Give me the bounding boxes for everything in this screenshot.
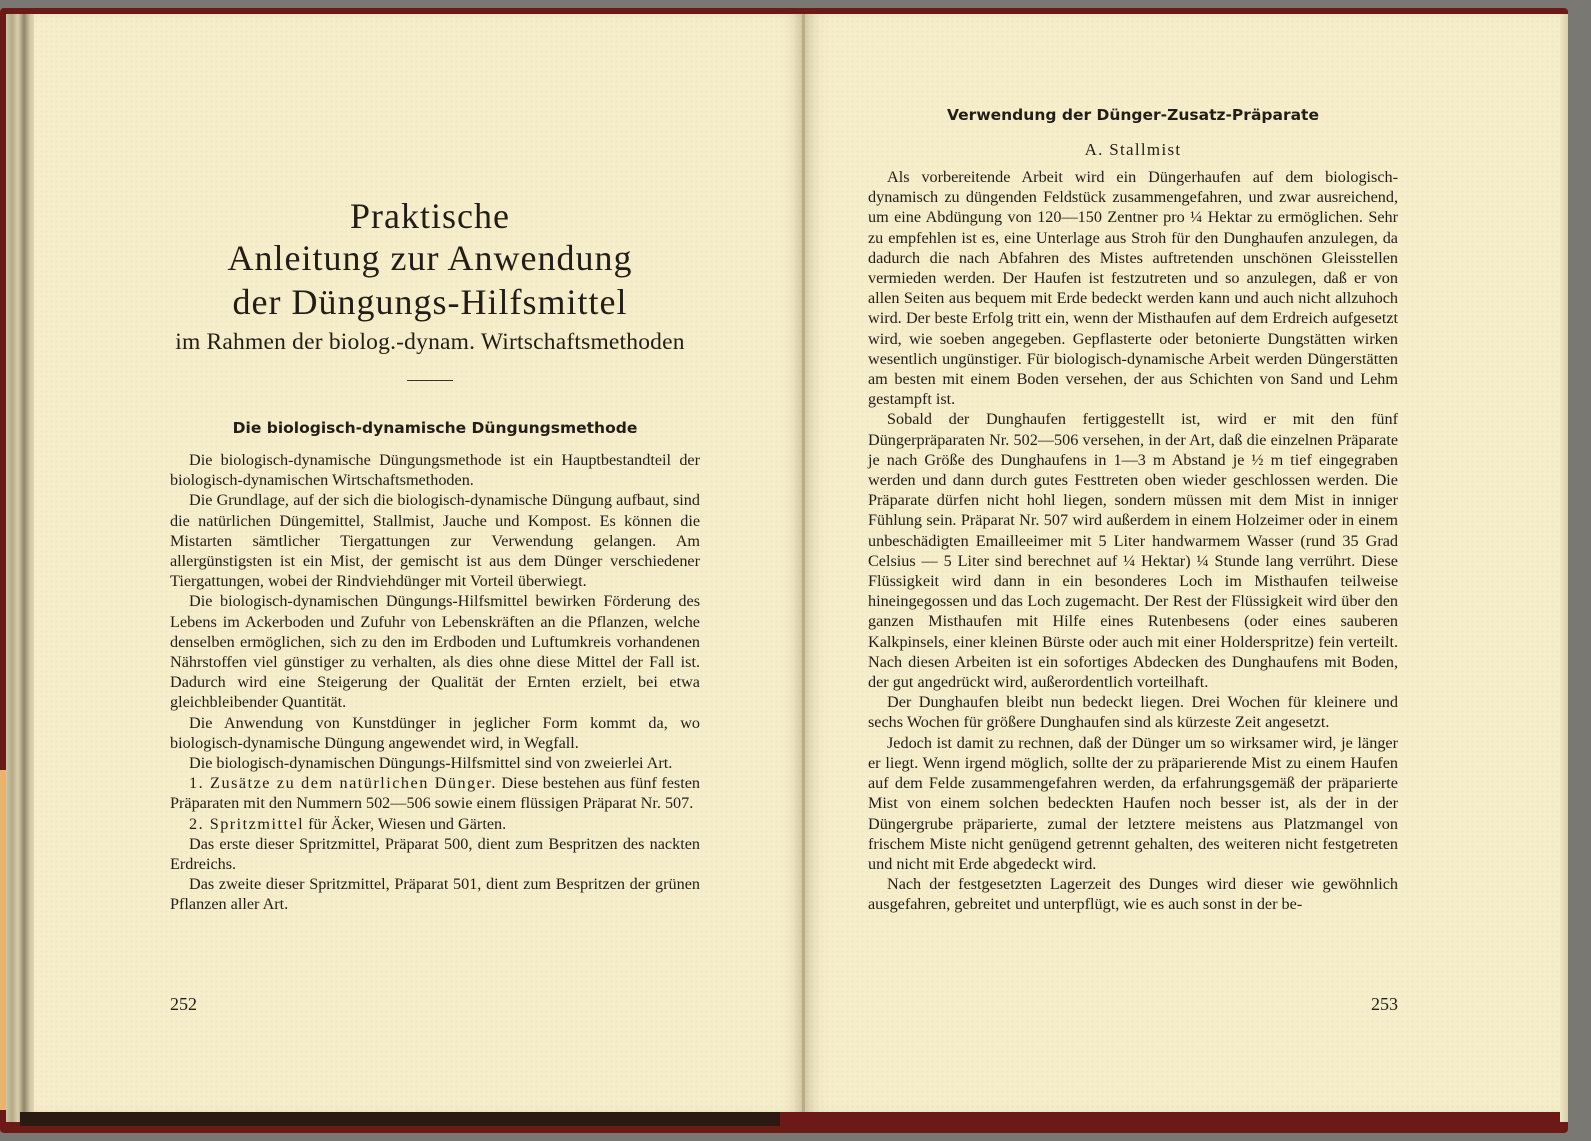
paragraph: Der Dunghaufen bleibt nun bedeckt liegen… [868,692,1398,732]
title-line-3: der Düngungs-Hilfsmittel [130,280,730,324]
paragraph: Die Anwendung von Kunstdünger in jeglich… [170,713,700,753]
page-number-left: 252 [170,994,197,1015]
list-item-2: 2. Spritzmittel für Äcker, Wiesen und Gä… [170,814,700,834]
paragraph: Sobald der Dunghaufen fertiggestellt ist… [868,409,1398,692]
right-section-heading: Verwendung der Dünger-Zusatz-Präparate [868,106,1398,124]
page-number-right: 253 [1371,994,1398,1015]
chapter-title: Praktische Anleitung zur Anwendung der D… [130,196,730,381]
paragraph: Das zweite dieser Spritzmittel, Präparat… [170,874,700,914]
title-divider [407,380,453,381]
page-edges-left [6,14,36,1122]
paragraph: Das erste dieser Spritzmittel, Präparat … [170,834,700,874]
page-edges-right [1560,14,1568,1122]
right-body-text: Als vorbereitende Arbeit wird ein Dünger… [868,167,1398,915]
bottom-shadow [20,1112,780,1126]
paragraph: Die Grundlage, auf der sich die biologis… [170,490,700,591]
paragraph: Die biologisch-dynamischen Düngungs-Hilf… [170,591,700,712]
list-item-text: für Äcker, Wiesen und Gärten. [304,815,506,833]
paragraph: Als vorbereitende Arbeit wird ein Dünger… [868,167,1398,409]
list-item-label: 2. Spritzmittel [189,815,304,833]
paragraph: Die biologisch-dynamischen Düngungs-Hilf… [170,753,700,773]
right-subheading: A. Stallmist [868,140,1398,160]
paragraph: Die biologisch-dynamische Düngungsmethod… [170,450,700,490]
title-line-2: Anleitung zur Anwendung [130,236,730,280]
paragraph: Jedoch ist damit zu rechnen, daß der Dün… [868,733,1398,874]
left-section-heading: Die biologisch-dynamische Düngungsmethod… [170,419,700,437]
paragraph: Nach der festgesetzten Lagerzeit des Dun… [868,874,1398,914]
title-line-1: Praktische [130,196,730,236]
title-line-4: im Rahmen der biolog.-dynam. Wirtschafts… [130,324,730,360]
list-item-label: 1. Zusätze zu dem natürlichen Dünger. [189,774,497,792]
left-body-text: Die biologisch-dynamische Düngungsmethod… [170,450,700,915]
list-item-1: 1. Zusätze zu dem natürlichen Dünger. Di… [170,773,700,813]
